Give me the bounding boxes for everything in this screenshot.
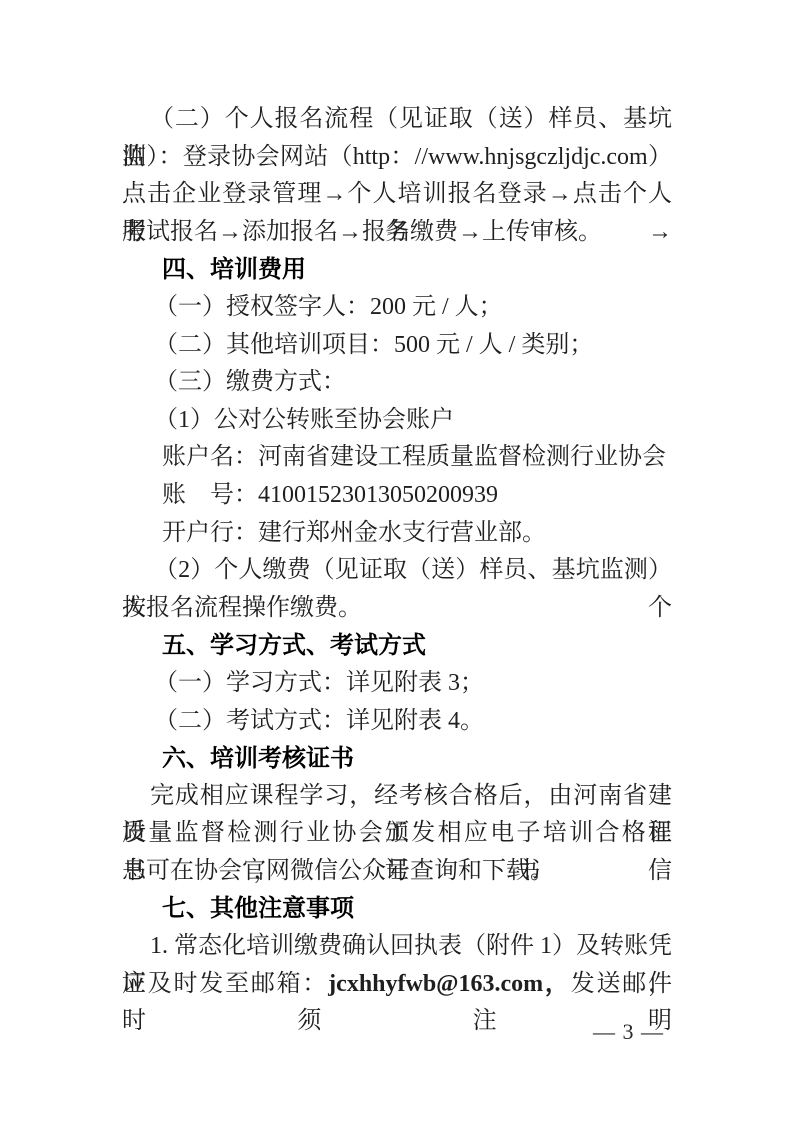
document-body: （二）个人报名流程（见证取（送）样员、基坑监 测）：登录协会网站（http：//… [122,101,672,1003]
account-number-line: 账 号：41001523013050200939 [122,477,672,515]
list-item-fee-other: （二）其他培训项目：500 元 / 人 / 类别； [122,327,672,365]
paragraph-line: 完成相应课程学习，经考核合格后，由河南省建设工程 [122,778,672,816]
paragraph-line: 点击企业登录管理→个人培训报名登录→点击个人服务→ [122,176,672,214]
paragraph-line: 1. 常态化培训缴费确认回执表（附件 1）及转账凭证， [122,928,672,966]
list-item-exam-method: （二）考试方式：详见附表 4。 [122,703,672,741]
section-heading-other-notes: 七、其他注意事项 [122,890,672,928]
list-item-payment-method: （三）缴费方式： [122,364,672,402]
list-item-study-method: （一）学习方式：详见附表 3； [122,665,672,703]
account-name-line: 账户名：河南省建设工程质量监督检测行业协会 [122,439,672,477]
list-item-corporate-transfer: （1）公对公转账至协会账户 [122,402,672,440]
paragraph-line: （二）个人报名流程（见证取（送）样员、基坑监 [122,101,672,139]
list-item-personal-payment: （2）个人缴费（见证取（送）样员、基坑监测）按个 [122,552,672,590]
section-heading-study-exam: 五、学习方式、考试方式 [122,627,672,665]
email-line-pre: 应及时发至邮箱： [122,971,328,997]
section-heading-training-fee: 四、培训费用 [122,251,672,289]
page-number: — 3 — [593,1020,664,1044]
section-heading-certificate: 六、培训考核证书 [122,740,672,778]
bank-branch-line: 开户行：建行郑州金水支行营业部。 [122,515,672,553]
document-page: （二）个人报名流程（见证取（送）样员、基坑监 测）：登录协会网站（http：//… [0,0,800,1131]
email-address: jcxhhyfwb@163.com， [328,971,571,997]
paragraph-line: 测）：登录协会网站（http：//www.hnjsgczljdjc.com） [122,139,672,177]
paragraph-line: 质量监督检测行业协会颁发相应电子培训合格证书，证书信 [122,815,672,853]
email-line: 应及时发至邮箱：jcxhhyfwb@163.com，发送邮件时须注明 [122,966,672,1004]
paragraph-line: 考试报名→添加报名→报名缴费→上传审核。 [122,214,672,252]
list-item-fee-signer: （一）授权签字人：200 元 / 人； [122,289,672,327]
